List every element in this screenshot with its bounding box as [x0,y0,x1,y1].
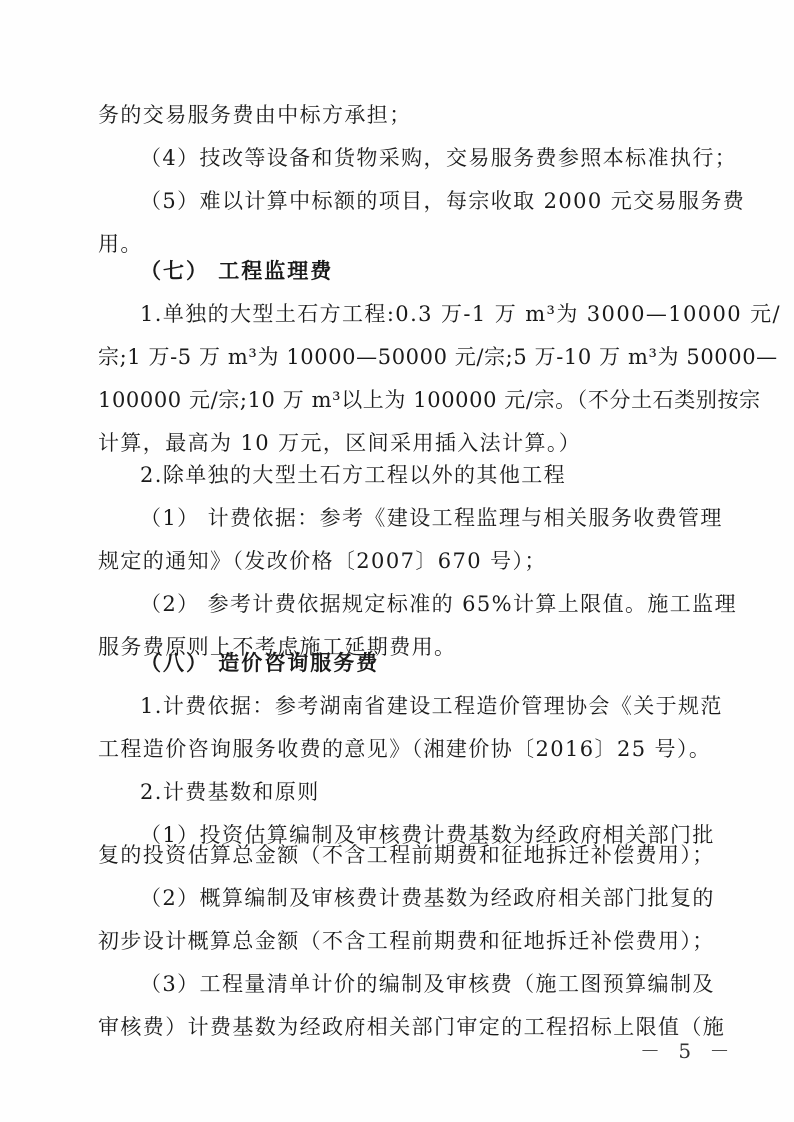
paragraph-line: 规定的通知》（发改价格〔2007〕670 号）； [98,546,708,576]
paragraph-line: 用。 [98,229,708,259]
paragraph-line: 务的交易服务费由中标方承担； [98,100,708,130]
paragraph-line: 工程造价咨询服务收费的意见》（湘建价协〔2016〕25 号）。 [98,734,708,764]
paragraph-line: 初步设计概算总金额（不含工程前期费和征地拆迁补偿费用）； [98,926,708,956]
section-heading-8: （八） 造价咨询服务费 [140,648,710,678]
list-item-2: （2）概算编制及审核费计费基数为经政府相关部门批复的 [140,883,710,913]
paragraph-line: 审核费）计费基数为经政府相关部门审定的工程招标上限值（施 [98,1012,708,1042]
paragraph-line: 计算，最高为 10 万元，区间采用插入法计算。） [98,428,708,458]
document-page: 务的交易服务费由中标方承担； （4）技改等设备和货物采购，交易服务费参照本标准执… [0,0,794,1122]
list-item-5: （5）难以计算中标额的项目，每宗收取 2000 元交易服务费 [140,186,710,216]
page-number: － 5 － [640,1035,735,1064]
list-item-2: （2） 参考计费依据规定标准的 65%计算上限值。施工监理 [140,589,710,619]
paragraph-line: 1.单独的大型土石方工程:0.3 万-1 万 m³为 3000—10000 元/ [140,299,710,329]
list-item-1: （1） 计费依据：参考《建设工程监理与相关服务收费管理 [140,503,710,533]
section-heading-7: （七） 工程监理费 [140,256,710,286]
paragraph-line: 2.计费基数和原则 [140,777,710,807]
paragraph-line: 100000 元/宗;10 万 m³以上为 100000 元/宗。（不分土石类别… [98,385,708,415]
paragraph-line: 宗;1 万-5 万 m³为 10000—50000 元/宗;5 万-10 万 m… [98,342,708,372]
paragraph-line: 复的投资估算总金额（不含工程前期费和征地拆迁补偿费用）； [98,840,708,870]
list-item-4: （4）技改等设备和货物采购，交易服务费参照本标准执行； [140,143,710,173]
list-item-3: （3）工程量清单计价的编制及审核费（施工图预算编制及 [140,969,710,999]
paragraph-line: 1.计费依据：参考湖南省建设工程造价管理协会《关于规范 [140,691,710,721]
paragraph-line: 2.除单独的大型土石方工程以外的其他工程 [140,460,710,490]
